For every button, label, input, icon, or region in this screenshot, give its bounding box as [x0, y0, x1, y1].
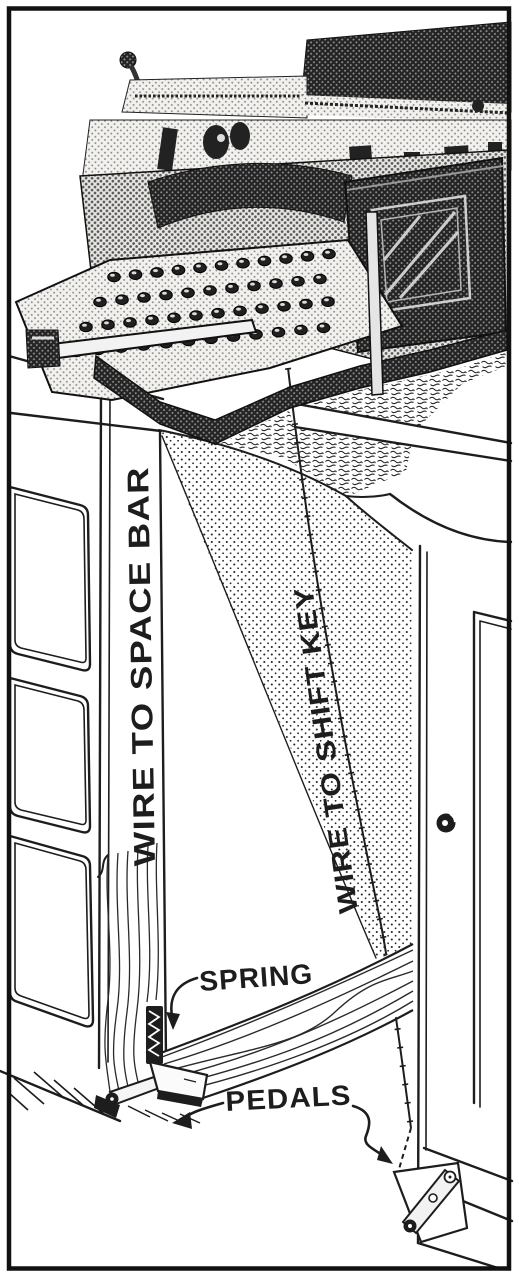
label-wire-to-space-bar: WIRE TO SPACE BAR: [122, 466, 162, 867]
spring-coil: [146, 1006, 163, 1064]
label-pedals: PEDALS: [225, 1079, 352, 1117]
illustration-page: WIRE TO SPACE BAR WIRE TO SHIFT KEY SPRI…: [0, 0, 519, 1280]
typewriter-foot: [26, 330, 60, 368]
typewriter-pedal-diagram: WIRE TO SPACE BAR WIRE TO SHIFT KEY SPRI…: [0, 0, 519, 1280]
door-knob: [437, 814, 456, 833]
